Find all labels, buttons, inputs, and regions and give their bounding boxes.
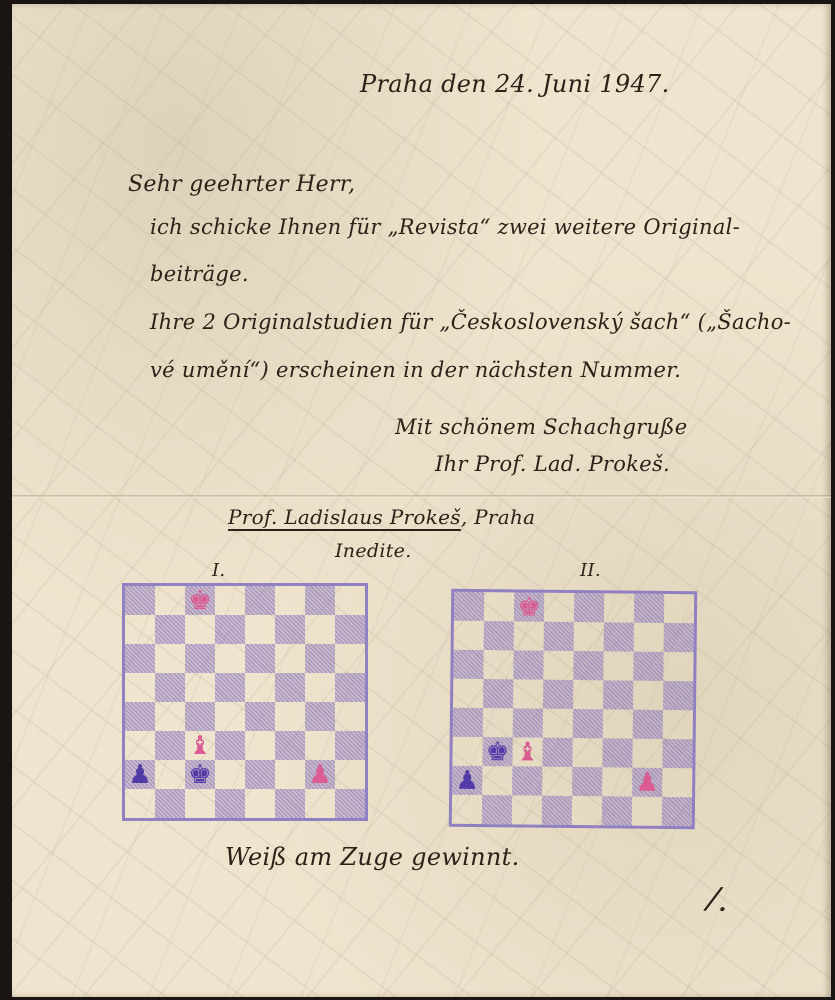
square-f2: [275, 760, 305, 789]
square-a8: [125, 586, 155, 615]
square-a3: [452, 737, 482, 766]
square-e2: [572, 767, 602, 796]
square-g8: [305, 586, 335, 615]
white-bishop-icon: ♝: [516, 739, 540, 765]
square-g4: [633, 710, 663, 739]
square-g5: [305, 673, 335, 702]
square-d5: [215, 673, 245, 702]
square-c7: [185, 615, 215, 644]
square-c6: [513, 650, 543, 679]
signature: Ihr Prof. Lad. Prokeš.: [435, 452, 670, 476]
square-g2: ♟: [305, 760, 335, 789]
author-name: Prof. Ladislaus Prokeš: [228, 505, 461, 529]
study-author: Prof. Ladislaus Prokeš, Praha: [228, 505, 535, 529]
square-d4: [215, 702, 245, 731]
square-h7: [664, 623, 694, 652]
square-a6: [453, 650, 483, 679]
square-h2: [662, 768, 692, 797]
square-a5: [125, 673, 155, 702]
square-f4: [275, 702, 305, 731]
square-g3: [632, 739, 662, 768]
square-e5: [245, 673, 275, 702]
square-g1: [632, 797, 662, 826]
square-g5: [633, 681, 663, 710]
white-king-icon: ♚: [188, 588, 211, 614]
salutation: Sehr geehrter Herr,: [128, 172, 355, 197]
square-b7: [484, 621, 514, 650]
square-c5: [513, 679, 543, 708]
square-d8: [544, 593, 574, 622]
square-f1: [275, 789, 305, 818]
black-pawn-icon: ♟: [455, 767, 479, 793]
square-f5: [275, 673, 305, 702]
square-e4: [573, 709, 603, 738]
square-e8: [245, 586, 275, 615]
author-city: , Praha: [461, 505, 536, 529]
body-line-4: vé umění“) erscheinen in der nächsten Nu…: [150, 358, 681, 382]
square-d1: [215, 789, 245, 818]
square-f7: [275, 615, 305, 644]
square-c4: [185, 702, 215, 731]
closing: Mit schönem Schachgruße: [395, 415, 687, 439]
square-e3: [245, 731, 275, 760]
square-f4: [603, 709, 633, 738]
square-g6: [305, 644, 335, 673]
square-d4: [543, 709, 573, 738]
date-line: Praha den 24. Juni 1947.: [360, 70, 670, 98]
square-h5: [335, 673, 365, 702]
square-a7: [454, 621, 484, 650]
square-d7: [544, 622, 574, 651]
square-b5: [483, 679, 513, 708]
square-e1: [572, 796, 602, 825]
square-e5: [573, 680, 603, 709]
body-line-1: ich schicke Ihnen für „Revista“ zwei wei…: [150, 215, 740, 239]
square-g6: [633, 652, 663, 681]
square-g2: ♟: [632, 768, 662, 797]
square-a8: [454, 592, 484, 621]
square-c2: [512, 766, 542, 795]
square-a4: [453, 708, 483, 737]
square-e2: [245, 760, 275, 789]
square-c7: [514, 621, 544, 650]
diagram-label-1: I.: [212, 560, 225, 581]
square-a1: [125, 789, 155, 818]
square-h5: [663, 681, 693, 710]
square-d8: [215, 586, 245, 615]
square-f2: [602, 767, 632, 796]
square-f8: [275, 586, 305, 615]
square-h2: [335, 760, 365, 789]
square-d3: [215, 731, 245, 760]
square-g4: [305, 702, 335, 731]
square-c8: ♚: [514, 592, 544, 621]
square-g8: [634, 594, 664, 623]
black-king-icon: ♚: [486, 739, 510, 765]
square-f6: [275, 644, 305, 673]
square-c8: ♚: [185, 586, 215, 615]
square-g1: [305, 789, 335, 818]
square-e6: [245, 644, 275, 673]
square-a2: ♟: [452, 766, 482, 795]
square-c5: [185, 673, 215, 702]
square-b7: [155, 615, 185, 644]
square-a1: [452, 795, 482, 824]
square-e7: [574, 622, 604, 651]
square-a6: [125, 644, 155, 673]
diagram-label-2: II.: [580, 560, 601, 581]
square-d2: [215, 760, 245, 789]
square-h1: [662, 797, 692, 826]
square-f5: [603, 680, 633, 709]
black-king-icon: ♚: [188, 762, 211, 788]
square-d2: [542, 767, 572, 796]
white-pawn-icon: ♟: [308, 762, 331, 788]
square-c2: ♚: [185, 760, 215, 789]
square-d1: [542, 796, 572, 825]
white-king-icon: ♚: [517, 594, 541, 620]
square-e7: [245, 615, 275, 644]
square-c6: [185, 644, 215, 673]
square-b2: [482, 766, 512, 795]
chess-diagram-2: ♚♚♝♟♟: [449, 589, 697, 830]
square-b1: [482, 795, 512, 824]
square-c1: [512, 795, 542, 824]
square-d6: [543, 651, 573, 680]
square-b6: [483, 650, 513, 679]
black-pawn-icon: ♟: [128, 762, 151, 788]
square-d7: [215, 615, 245, 644]
square-h3: [335, 731, 365, 760]
square-b6: [155, 644, 185, 673]
square-c3: ♝: [512, 737, 542, 766]
square-b8: [155, 586, 185, 615]
square-f3: [275, 731, 305, 760]
square-d5: [543, 680, 573, 709]
square-a7: [125, 615, 155, 644]
square-g3: [305, 731, 335, 760]
square-b8: [484, 592, 514, 621]
square-c1: [185, 789, 215, 818]
square-h7: [335, 615, 365, 644]
status-inedite: Inedite.: [335, 540, 412, 562]
square-b4: [155, 702, 185, 731]
square-e6: [573, 651, 603, 680]
square-a3: [125, 731, 155, 760]
stipulation: Weiß am Zuge gewinnt.: [225, 843, 520, 871]
body-line-3: Ihre 2 Originalstudien für „Českoslovens…: [150, 310, 791, 334]
square-a2: ♟: [125, 760, 155, 789]
square-e4: [245, 702, 275, 731]
square-f8: [604, 593, 634, 622]
square-b5: [155, 673, 185, 702]
square-h3: [662, 739, 692, 768]
square-b4: [483, 708, 513, 737]
square-f6: [603, 651, 633, 680]
square-h4: [663, 710, 693, 739]
square-h8: [664, 594, 694, 623]
square-h1: [335, 789, 365, 818]
chess-diagram-1: ♚♝♟♚♟: [122, 583, 368, 821]
square-e1: [245, 789, 275, 818]
square-b2: [155, 760, 185, 789]
square-h8: [335, 586, 365, 615]
square-g7: [305, 615, 335, 644]
square-d3: [542, 738, 572, 767]
square-h6: [663, 652, 693, 681]
square-b3: [155, 731, 185, 760]
square-c3: ♝: [185, 731, 215, 760]
square-h6: [335, 644, 365, 673]
square-f1: [602, 796, 632, 825]
white-pawn-icon: ♟: [635, 769, 659, 795]
paper-fold-line: [12, 495, 831, 498]
square-e3: [572, 738, 602, 767]
white-bishop-icon: ♝: [188, 733, 211, 759]
square-b3: ♚: [482, 737, 512, 766]
square-g7: [634, 623, 664, 652]
square-c4: [513, 708, 543, 737]
square-a5: [453, 679, 483, 708]
square-a4: [125, 702, 155, 731]
square-h4: [335, 702, 365, 731]
body-line-2: beiträge.: [150, 262, 249, 286]
square-f7: [604, 622, 634, 651]
square-b1: [155, 789, 185, 818]
square-d6: [215, 644, 245, 673]
square-f3: [602, 738, 632, 767]
square-e8: [574, 593, 604, 622]
